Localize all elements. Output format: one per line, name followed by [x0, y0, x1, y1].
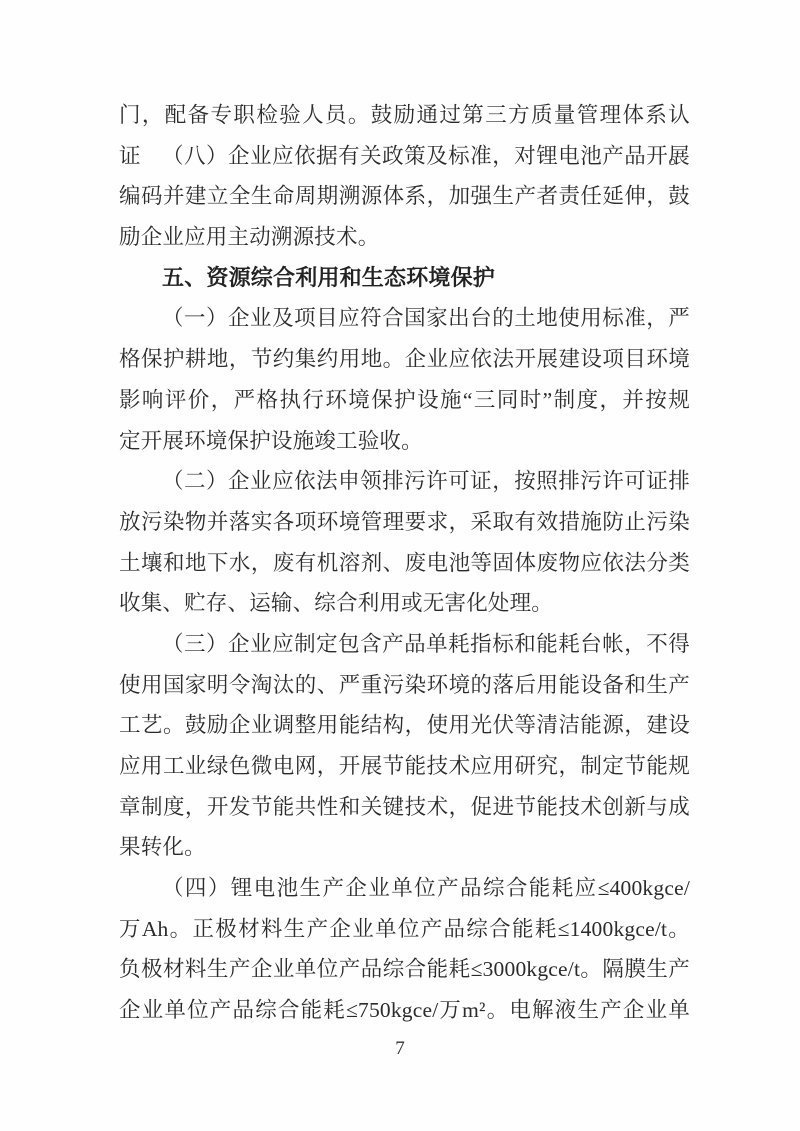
text-line: 格保护耕地，节约集约用地。企业应依法开展建设项目环境 — [119, 339, 690, 380]
text-line: 果转化。 — [119, 827, 690, 868]
text-line: （二）企业应依法申领排污许可证，按照排污许可证排 — [119, 461, 690, 502]
text-line: 收集、贮存、运输、综合利用或无害化处理。 — [119, 583, 690, 624]
text-column: 门，配备专职检验人员。鼓励通过第三方质量管理体系认证。（八）企业应依据有关政策及… — [119, 95, 690, 1031]
text-line: （一）企业及项目应符合国家出台的土地使用标准，严 — [119, 298, 690, 339]
text-line: 企业单位产品综合能耗≤750kgce/万m²。电解液生产企业单 — [119, 990, 690, 1031]
text-line: 万Ah。正极材料生产企业单位产品综合能耗≤1400kgce/t。 — [119, 909, 690, 950]
text-line: （八）企业应依据有关政策及标准，对锂电池产品开展 — [119, 136, 690, 177]
text-line: 放污染物并落实各项环境管理要求，采取有效措施防止污染 — [119, 502, 690, 543]
page-number: 7 — [0, 1038, 800, 1060]
text-line: 章制度，开发节能共性和关键技术，促进节能技术创新与成 — [119, 787, 690, 828]
document-page: 门，配备专职检验人员。鼓励通过第三方质量管理体系认证。（八）企业应依据有关政策及… — [0, 0, 800, 1131]
text-line: 励企业应用主动溯源技术。 — [119, 217, 690, 258]
text-line: 工艺。鼓励企业调整用能结构，使用光伏等清洁能源，建设 — [119, 705, 690, 746]
text-line: （四）锂电池生产企业单位产品综合能耗应≤400kgce/ — [119, 868, 690, 909]
text-line: （三）企业应制定包含产品单耗指标和能耗台帐，不得 — [119, 624, 690, 665]
section-heading: 五、资源综合利用和生态环境保护 — [119, 258, 690, 299]
text-line: 使用国家明令淘汰的、严重污染环境的落后用能设备和生产 — [119, 665, 690, 706]
text-line: 定开展环境保护设施竣工验收。 — [119, 421, 690, 462]
text-line: 负极材料生产企业单位产品综合能耗≤3000kgce/t。隔膜生产 — [119, 949, 690, 990]
text-line: 编码并建立全生命周期溯源体系，加强生产者责任延伸，鼓 — [119, 176, 690, 217]
text-line: 应用工业绿色微电网，开展节能技术应用研究，制定节能规 — [119, 746, 690, 787]
text-line: 门，配备专职检验人员。鼓励通过第三方质量管理体系认证。 — [119, 95, 690, 136]
text-line: 影响评价，严格执行环境保护设施“三同时”制度，并按规 — [119, 380, 690, 421]
text-line: 土壤和地下水，废有机溶剂、废电池等固体废物应依法分类 — [119, 543, 690, 584]
